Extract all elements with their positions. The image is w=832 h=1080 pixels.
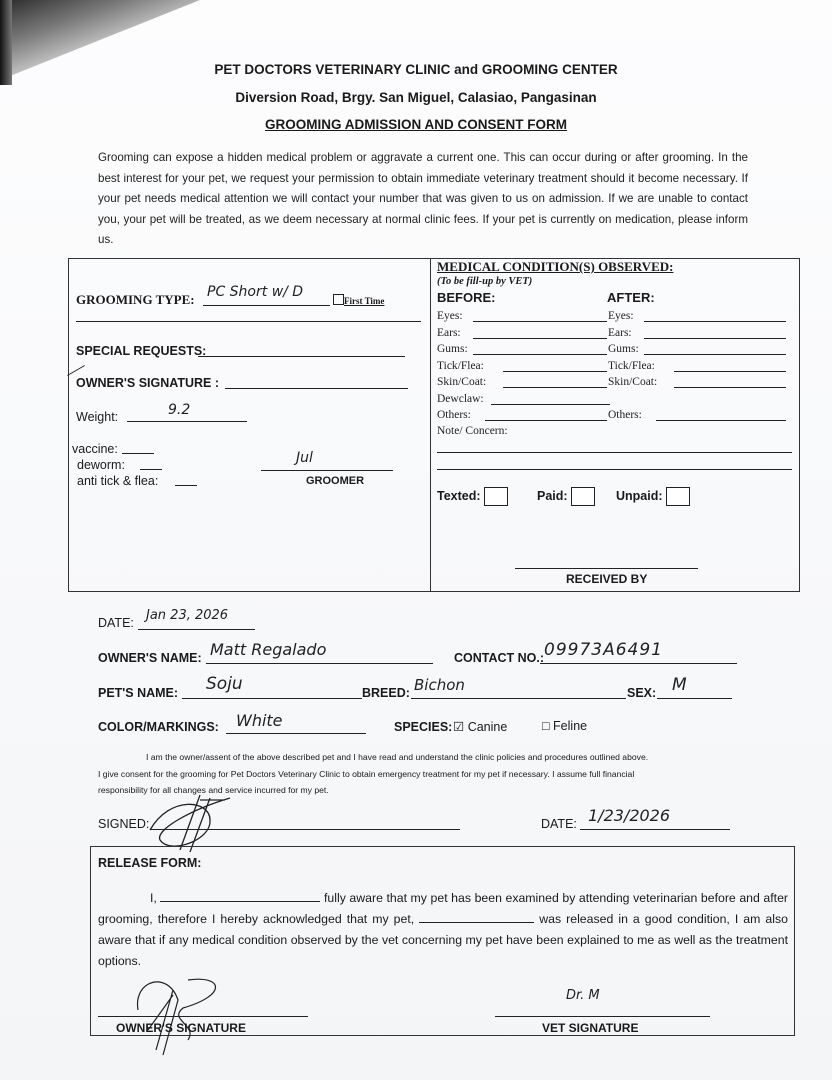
contact-label: CONTACT NO.: xyxy=(454,651,544,665)
intro-paragraph: Grooming can expose a hidden medical pro… xyxy=(98,148,748,251)
special-requests-field[interactable] xyxy=(198,356,405,357)
owner-name-field[interactable] xyxy=(206,663,433,664)
contact-field[interactable] xyxy=(540,663,737,664)
unpaid-field[interactable]: Unpaid: xyxy=(616,487,690,506)
before-gums-label: Gums: xyxy=(437,343,468,355)
after-tickflea-label: Tick/Flea: xyxy=(608,360,655,372)
form-title: GROOMING ADMISSION AND CONSENT FORM xyxy=(0,117,832,132)
canine-checkbox-checked-icon[interactable]: ☑ xyxy=(453,720,464,734)
date-field[interactable] xyxy=(138,629,255,630)
owner-name-value: Matt Regalado xyxy=(210,640,326,659)
before-label: BEFORE: xyxy=(437,290,496,305)
note-field-1[interactable] xyxy=(437,452,792,453)
contact-value: 09973A6491 xyxy=(544,640,663,660)
before-others-field[interactable] xyxy=(485,420,607,421)
before-dewclaw-field[interactable] xyxy=(491,404,610,405)
paid-checkbox[interactable] xyxy=(571,487,595,506)
feline-label: Feline xyxy=(553,719,587,733)
before-tickflea-field[interactable] xyxy=(503,371,607,372)
before-tickflea-label: Tick/Flea: xyxy=(437,360,484,372)
grooming-type-extra-line[interactable] xyxy=(76,321,421,322)
vet-signature-value: Dr. M xyxy=(566,988,600,1003)
release-owner-signature-label: OWNER'S SIGNATURE xyxy=(116,1021,246,1035)
unpaid-checkbox[interactable] xyxy=(666,487,690,506)
breed-field[interactable] xyxy=(411,698,626,699)
medical-title: MEDICAL CONDITION(S) OBSERVED: xyxy=(437,259,673,275)
before-ears-label: Ears: xyxy=(437,327,461,339)
before-eyes-label: Eyes: xyxy=(437,310,463,322)
canine-label: Canine xyxy=(468,720,508,734)
groomer-label: GROOMER xyxy=(306,475,364,487)
vet-signature-label: VET SIGNATURE xyxy=(542,1021,638,1035)
paid-label: Paid: xyxy=(537,489,568,503)
weight-label: Weight: xyxy=(76,410,118,424)
release-owner-signature-scribble-icon xyxy=(128,970,238,1060)
after-tickflea-field[interactable] xyxy=(674,371,786,372)
after-eyes-field[interactable] xyxy=(644,321,786,322)
after-skincoat-label: Skin/Coat: xyxy=(608,376,657,388)
species-canine-option[interactable]: ☑ Canine xyxy=(453,719,507,734)
special-requests-label: SPECIAL REQUESTS: xyxy=(76,344,206,358)
vaccine-label: vaccine: xyxy=(72,442,118,456)
texted-label: Texted: xyxy=(437,489,481,503)
note-label: Note/ Concern: xyxy=(437,425,508,437)
first-time-checkbox-wrap[interactable]: First Time xyxy=(333,294,384,306)
vaccine-field[interactable] xyxy=(122,453,154,454)
weight-field[interactable] xyxy=(127,421,247,422)
after-label: AFTER: xyxy=(607,290,655,305)
medical-subtitle: (To be fill-up by VET) xyxy=(437,276,532,287)
before-skincoat-label: Skin/Coat: xyxy=(437,376,486,388)
before-dewclaw-label: Dewclaw: xyxy=(437,393,484,405)
owner-signature-field[interactable] xyxy=(225,388,408,389)
sex-value: M xyxy=(672,675,687,695)
grooming-type-field[interactable] xyxy=(203,305,330,306)
owner-name-label: OWNER'S NAME: xyxy=(98,651,202,665)
before-gums-field[interactable] xyxy=(473,354,607,355)
after-gums-field[interactable] xyxy=(644,354,786,355)
release-owner-signature-field[interactable] xyxy=(98,1016,308,1017)
form-page: PET DOCTORS VETERINARY CLINIC and GROOMI… xyxy=(0,0,832,1080)
after-gums-label: Gums: xyxy=(608,343,639,355)
clinic-name: PET DOCTORS VETERINARY CLINIC and GROOMI… xyxy=(0,62,832,77)
deworm-label: deworm: xyxy=(77,458,125,472)
species-feline-option[interactable]: □ Feline xyxy=(542,719,587,733)
release-text-1: I, xyxy=(150,891,157,905)
deworm-field[interactable] xyxy=(140,469,162,470)
color-value: White xyxy=(236,711,283,730)
after-ears-label: Ears: xyxy=(608,327,632,339)
release-pet-name-field[interactable] xyxy=(419,912,534,923)
weight-value: 9.2 xyxy=(168,402,190,418)
texted-field[interactable]: Texted: xyxy=(437,487,508,506)
after-ears-field[interactable] xyxy=(644,338,786,339)
color-label: COLOR/MARKINGS: xyxy=(98,720,219,734)
color-field[interactable] xyxy=(226,733,366,734)
after-others-label: Others: xyxy=(608,409,642,421)
sex-field[interactable] xyxy=(657,698,732,699)
consent-line-2: I give consent for the grooming for Pet … xyxy=(98,769,634,779)
before-eyes-field[interactable] xyxy=(473,321,607,322)
consent-line-1: I am the owner/assent of the above descr… xyxy=(146,752,648,762)
unpaid-label: Unpaid: xyxy=(616,489,663,503)
after-others-field[interactable] xyxy=(656,420,786,421)
breed-value: Bichon xyxy=(414,676,465,694)
release-title: RELEASE FORM: xyxy=(98,856,201,870)
feline-checkbox-icon[interactable]: □ xyxy=(542,719,550,733)
anti-tick-field[interactable] xyxy=(175,485,197,486)
vet-signature-field[interactable] xyxy=(495,1016,710,1017)
groomer-signature-field[interactable] xyxy=(261,470,393,471)
first-time-label: First Time xyxy=(344,296,384,306)
grooming-box xyxy=(68,258,431,592)
consent-date-field[interactable] xyxy=(580,829,730,830)
texted-checkbox[interactable] xyxy=(484,487,508,506)
received-by-label: RECEIVED BY xyxy=(566,572,647,586)
consent-date-value: 1/23/2026 xyxy=(588,806,670,825)
first-time-checkbox[interactable] xyxy=(333,294,344,305)
pet-name-value: Soju xyxy=(206,674,243,694)
clinic-address: Diversion Road, Brgy. San Miguel, Calasi… xyxy=(0,90,832,105)
before-skincoat-field[interactable] xyxy=(503,387,607,388)
release-paragraph: I, fully aware that my pet has been exam… xyxy=(98,888,788,972)
species-label: SPECIES: xyxy=(394,720,452,734)
paid-field[interactable]: Paid: xyxy=(537,487,595,506)
before-others-label: Others: xyxy=(437,409,471,421)
note-field-2[interactable] xyxy=(437,469,792,470)
groomer-signature-value: Jul xyxy=(296,450,313,466)
after-skincoat-field[interactable] xyxy=(674,387,786,388)
anti-tick-label: anti tick & flea: xyxy=(77,474,158,488)
owner-signature-label: OWNER'S SIGNATURE : xyxy=(76,376,219,390)
pet-name-field[interactable] xyxy=(182,698,362,699)
release-owner-name-field[interactable] xyxy=(160,891,320,902)
pet-name-label: PET'S NAME: xyxy=(98,686,178,700)
after-eyes-label: Eyes: xyxy=(608,310,634,322)
grooming-type-label: GROOMING TYPE: xyxy=(76,292,195,308)
breed-label: BREED: xyxy=(362,686,410,700)
date-label: DATE: xyxy=(98,616,134,630)
received-by-field[interactable] xyxy=(515,568,698,569)
before-ears-field[interactable] xyxy=(473,338,607,339)
sex-label: SEX: xyxy=(627,686,656,700)
grooming-type-value: PC Short w/ D xyxy=(207,284,303,300)
consent-date-label: DATE: xyxy=(541,817,577,831)
date-value: Jan 23, 2026 xyxy=(146,608,228,623)
